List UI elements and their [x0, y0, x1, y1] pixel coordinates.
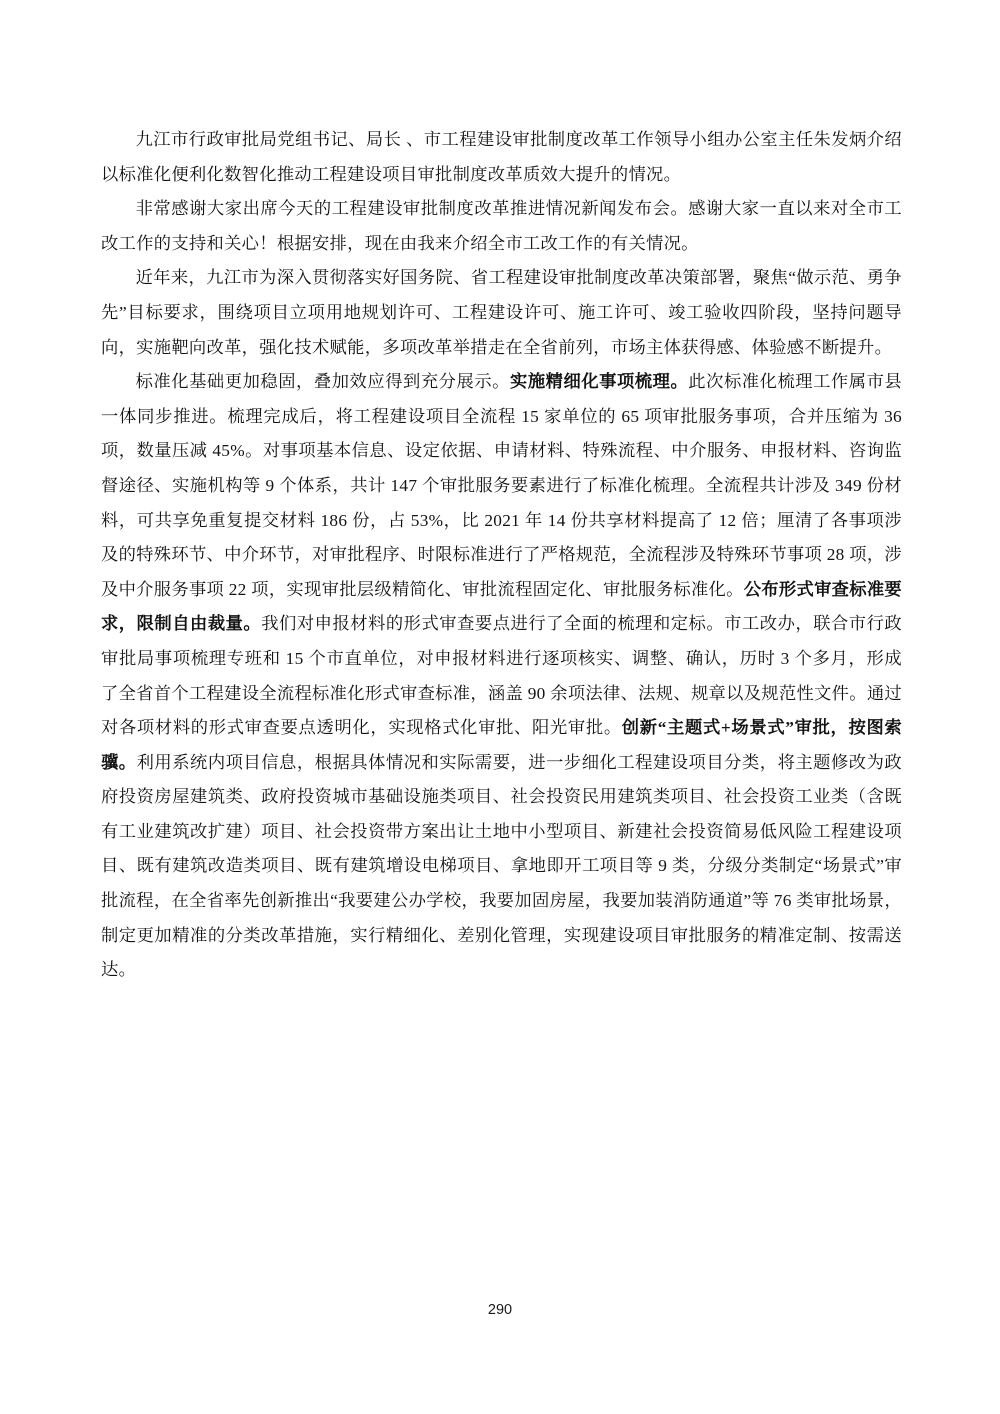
paragraph-speaker-intro: 九江市行政审批局党组书记、局长 、市工程建设审批制度改革工作领导小组办公室主任朱…: [101, 123, 902, 192]
paragraph-reform-overview: 近年来，九江市为深入贯彻落实好国务院、省工程建设审批制度改革决策部署，聚焦“做示…: [101, 261, 902, 365]
document-page: 九江市行政审批局党组书记、局长 、市工程建设审批制度改革工作领导小组办公室主任朱…: [0, 0, 1000, 1414]
text-run: 九江市行政审批局党组书记、局长 、市工程建设审批制度改革工作领导小组办公室主任朱…: [101, 130, 902, 184]
text-run: 标准化基础更加稳固，叠加效应得到充分展示。: [136, 372, 510, 391]
page-number: 290: [0, 1302, 1000, 1318]
text-run: 此次标准化梳理工作属市县一体同步推进。梳理完成后，将工程建设项目全流程 15 家…: [101, 372, 902, 599]
paragraph-greeting: 非常感谢大家出席今天的工程建设审批制度改革推进情况新闻发布会。感谢大家一直以来对…: [101, 192, 902, 261]
text-run: 非常感谢大家出席今天的工程建设审批制度改革推进情况新闻发布会。感谢大家一直以来对…: [101, 199, 902, 253]
text-run: 利用系统内项目信息，根据具体情况和实际需要，进一步细化工程建设项目分类，将主题修…: [101, 753, 902, 980]
document-body: 九江市行政审批局党组书记、局长 、市工程建设审批制度改革工作领导小组办公室主任朱…: [101, 123, 902, 988]
text-run-bold-subheading: 实施精细化事项梳理。: [510, 372, 688, 391]
text-run: 近年来，九江市为深入贯彻落实好国务院、省工程建设审批制度改革决策部署，聚焦“做示…: [101, 268, 902, 356]
paragraph-standardization-details: 标准化基础更加稳固，叠加效应得到充分展示。实施精细化事项梳理。此次标准化梳理工作…: [101, 365, 902, 988]
